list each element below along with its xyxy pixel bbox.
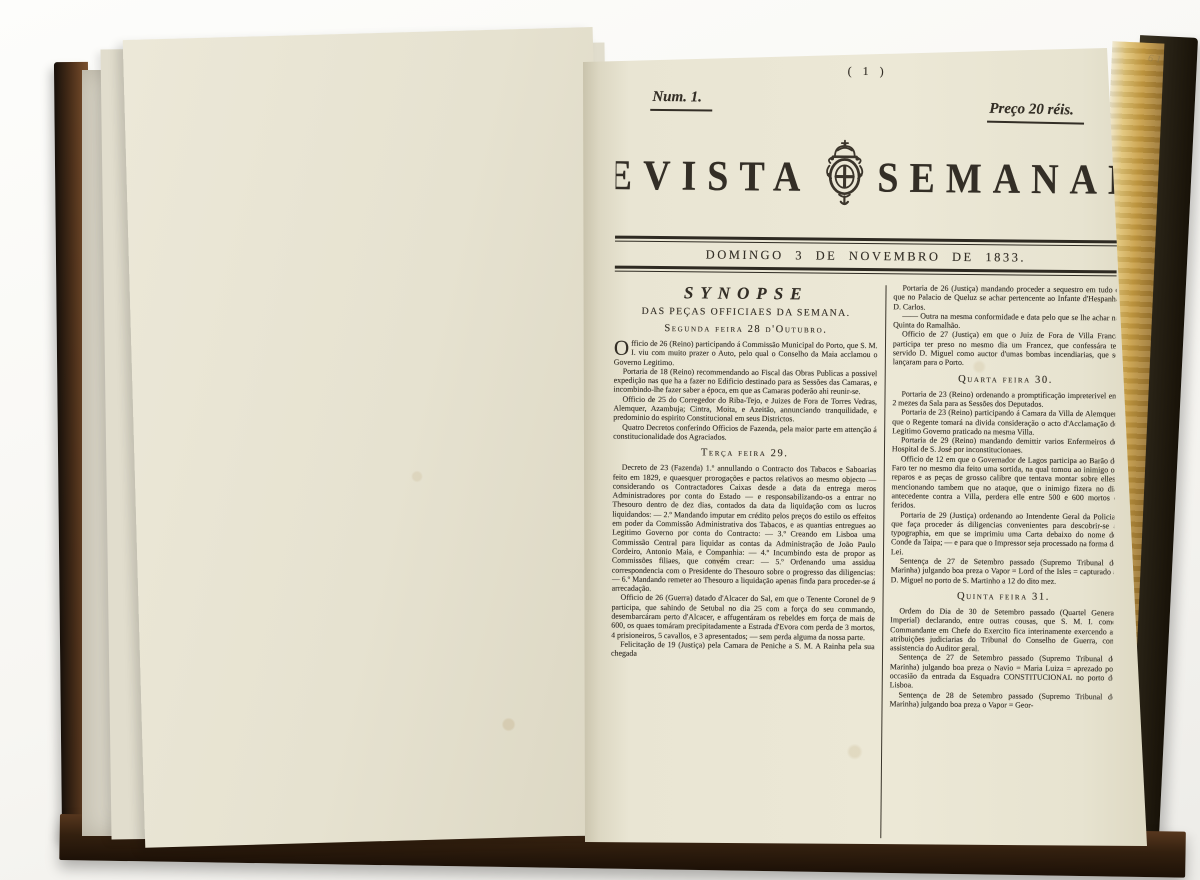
pencil-mark: 61	[1147, 53, 1164, 66]
synopsis-paragraph: Portaria de 29 (Reino) mandando demittir…	[892, 435, 1117, 456]
synopsis-paragraph: Officio de 12 em que o Governador de Lag…	[891, 454, 1116, 512]
royal-crest-icon	[817, 139, 872, 217]
synopsis-paragraph: Officio de 25 do Corregedor do Riba-Tejo…	[613, 394, 877, 424]
synopsis-paragraph: Sentença de 28 de Setembro passado (Supr…	[889, 690, 1115, 711]
blank-left-sheet-top	[123, 27, 615, 848]
synopsis-paragraph: Portaria de 23 (Reino) participando á Ca…	[892, 408, 1117, 438]
left-column: SYNOPSE DAS PEÇAS OFFICIAES DA SEMANA. S…	[609, 281, 878, 841]
price-label: Preço 20 réis.	[987, 101, 1084, 125]
synopsis-paragraph: Portaria de 18 (Reino) recommendando ao …	[614, 366, 878, 396]
day-heading: Segunda feira 28 d'Outubro.	[614, 323, 878, 337]
right-column: Portaria de 26 (Justiça) mandando proced…	[888, 283, 1116, 840]
page-content: ( 1 ) Num. 1. Preço 20 réis. REVISTA	[609, 58, 1118, 841]
masthead-word-right: SEMANAL.	[877, 153, 1119, 205]
drop-cap: O	[614, 339, 631, 357]
column-divider	[880, 285, 887, 840]
synopsis-paragraph: Officio de 27 (Justiça) em que o Juiz de…	[893, 330, 1117, 369]
day-heading: Terça feira 29.	[613, 447, 877, 461]
synopsis-paragraph: Felicitação de 19 (Justiça) pela Camara …	[611, 639, 875, 660]
masthead: REVISTA	[615, 137, 1118, 219]
page-number: ( 1 )	[617, 62, 1119, 82]
columns: SYNOPSE DAS PEÇAS OFFICIAES DA SEMANA. S…	[609, 281, 1116, 841]
synopsis-paragraph: Ordem do Dia de 30 de Setembro passado (…	[890, 606, 1116, 655]
synopsis-paragraph: Officio de 26 (Guerra) datado d'Alcacer …	[611, 593, 875, 642]
synopsis-paragraph: Portaria de 23 (Reino) ordenando a promp…	[892, 389, 1116, 410]
synopsis-paragraph: Portaria de 29 (Justiça) ordenando ao In…	[891, 510, 1117, 559]
masthead-word-left: REVISTA	[609, 150, 811, 202]
synopsis-subtitle: DAS PEÇAS OFFICIAES DA SEMANA.	[614, 306, 878, 320]
synopsis-paragraph: Decreto de 23 (Fazenda) 1.º annullando o…	[612, 463, 877, 596]
synopsis-paragraph: Sentença de 27 de Setembro passado (Supr…	[891, 556, 1117, 586]
synopsis-paragraph: —— Outra na mesma conformidade e data pe…	[893, 311, 1116, 332]
synopsis-paragraph: Quatro Decretos conferindo Officios de F…	[613, 422, 877, 443]
printed-page: ( 1 ) Num. 1. Preço 20 réis. REVISTA	[583, 46, 1149, 848]
day-heading: Quarta feira 30.	[893, 373, 1117, 386]
issue-number: Num. 1.	[650, 89, 712, 112]
issue-row: Num. 1. Preço 20 réis.	[650, 89, 1084, 115]
synopsis-paragraph: Portaria de 26 (Justiça) mandando proced…	[893, 283, 1116, 313]
photo-of-open-book: 61 ( 1 ) Num. 1. Preço 20 réis. REVISTA	[0, 0, 1200, 880]
day-heading: Quinta feira 31.	[890, 590, 1116, 603]
synopsis-paragraph: Sentença de 27 de Setembro passado (Supr…	[890, 653, 1116, 692]
synopsis-title: SYNOPSE	[614, 283, 878, 306]
synopsis-paragraph: Officio de 26 (Reino) participando á Com…	[614, 339, 878, 369]
